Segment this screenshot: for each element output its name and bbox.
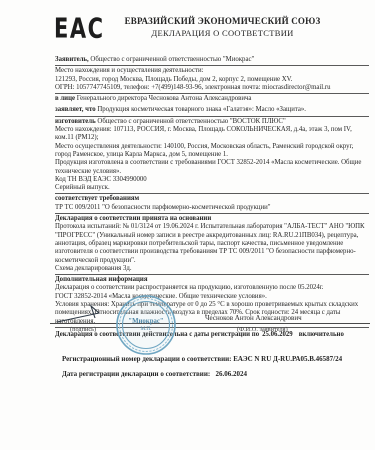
registration-date-line: Дата регистрации декларации о соответств… bbox=[62, 370, 370, 379]
additional-heading-text: Дополнительная информация bbox=[55, 276, 148, 283]
document-header: ЕВРАЗИЙСКИЙ ЭКОНОМИЧЕСКИЙ СОЮЗ ДЕКЛАРАЦИ… bbox=[105, 16, 340, 38]
signature-caption: (подпись) bbox=[70, 326, 96, 333]
stamp-company-name: "Миокрас" bbox=[115, 318, 177, 325]
fio-caption: (Ф.И.О. заявителя) bbox=[237, 326, 288, 333]
basis-heading: Декларация о соответствии принята на осн… bbox=[55, 215, 369, 223]
registration-number-label: Регистрационный номер декларации о соотв… bbox=[62, 355, 232, 363]
applicant-address: 121293, Россия, город Москва, Площадь По… bbox=[55, 76, 369, 84]
registration-number: ЕАЭС N RU Д-RU.РА05.В.46587/24 bbox=[233, 355, 342, 363]
signature-zone: (подпись) Чесноков Антон Александрович (… bbox=[0, 296, 375, 356]
manufacturer-line: изготовитель Общество с ограниченной отв… bbox=[55, 118, 369, 126]
applicant-name: Общество с ограниченной ответственностью… bbox=[90, 56, 254, 63]
applicant-ogrn-line: ОГРН: 1057747745109, телефон: +7(499)148… bbox=[55, 84, 369, 94]
applicant-label: Заявитель, bbox=[55, 56, 89, 63]
registration-date-label: Дата регистрации декларации о соответств… bbox=[62, 370, 210, 378]
additional-heading: Дополнительная информация bbox=[55, 276, 369, 284]
applicant-fio: Чесноков Антон Александрович bbox=[205, 314, 302, 322]
product-line: заявляет, что Продукция косметическая то… bbox=[55, 106, 369, 116]
declares-label: заявляет, что bbox=[55, 106, 96, 113]
registration-date: 26.06.2024 bbox=[215, 370, 247, 378]
compliance-heading: соответствует требованиям bbox=[55, 195, 369, 203]
declaration-document: ЕАС ЕВРАЗИЙСКИЙ ЭКОНОМИЧЕСКИЙ СОЮЗ ДЕКЛА… bbox=[0, 0, 375, 450]
registration-block: Регистрационный номер декларации о соотв… bbox=[62, 355, 370, 379]
registration-number-line: Регистрационный номер декларации о соотв… bbox=[62, 355, 370, 364]
basis-scheme: Схема декларирования 3д. bbox=[55, 265, 369, 275]
compliance-regulation: ТР ТС 009/2011 "О безопасности парфюмерн… bbox=[55, 204, 369, 214]
serial-line: Серийный выпуск. bbox=[55, 184, 369, 194]
applicant-representative: в лице Генерального директора Чеснокова … bbox=[55, 95, 369, 103]
product-name: Продукция косметическая товарного знака … bbox=[97, 106, 306, 113]
handwritten-signature bbox=[55, 302, 115, 326]
represented-name: Генерального директора Чеснокова Антона … bbox=[77, 95, 252, 102]
additional-line1: Декларация о соответствии распространяет… bbox=[55, 284, 369, 292]
compliance-heading-text: соответствует требованиям bbox=[55, 195, 139, 202]
company-stamp: "Миокрас" М.П. bbox=[115, 294, 177, 356]
applicant-address-caption: Место нахождения и осуществления деятель… bbox=[55, 67, 369, 75]
represented-label: в лице bbox=[55, 95, 75, 102]
applicant-line: Заявитель, Общество с ограниченной ответ… bbox=[55, 56, 369, 66]
stamp-mp-label: М.П. bbox=[115, 326, 177, 332]
union-title: ЕВРАЗИЙСКИЙ ЭКОНОМИЧЕСКИЙ СОЮЗ bbox=[105, 16, 340, 26]
manufacturer-label: изготовитель bbox=[55, 118, 96, 125]
basis-heading-text: Декларация о соответствии принята на осн… bbox=[55, 215, 211, 222]
stamp-rings bbox=[115, 294, 177, 356]
manufacturer-activity-address: Место осуществления деятельности: 140100… bbox=[55, 143, 369, 160]
manufacturer-name: Общество с ограниченной ответственностью… bbox=[97, 118, 285, 125]
tnved-line: Код ТН ВЭД ЕАЭС 3304990000 bbox=[55, 176, 369, 184]
manufacturer-address: Место нахождения: 107113, РОССИЯ, г. Мос… bbox=[55, 126, 369, 143]
eac-logo: ЕАС bbox=[54, 13, 105, 44]
document-title: ДЕКЛАРАЦИЯ О СООТВЕТСТВИИ bbox=[105, 28, 340, 38]
gost-line: Продукция изготовлена в соответствии с т… bbox=[55, 159, 369, 176]
basis-body: Протокола испытаний: № 01/3124 от 19.06.… bbox=[55, 223, 369, 264]
